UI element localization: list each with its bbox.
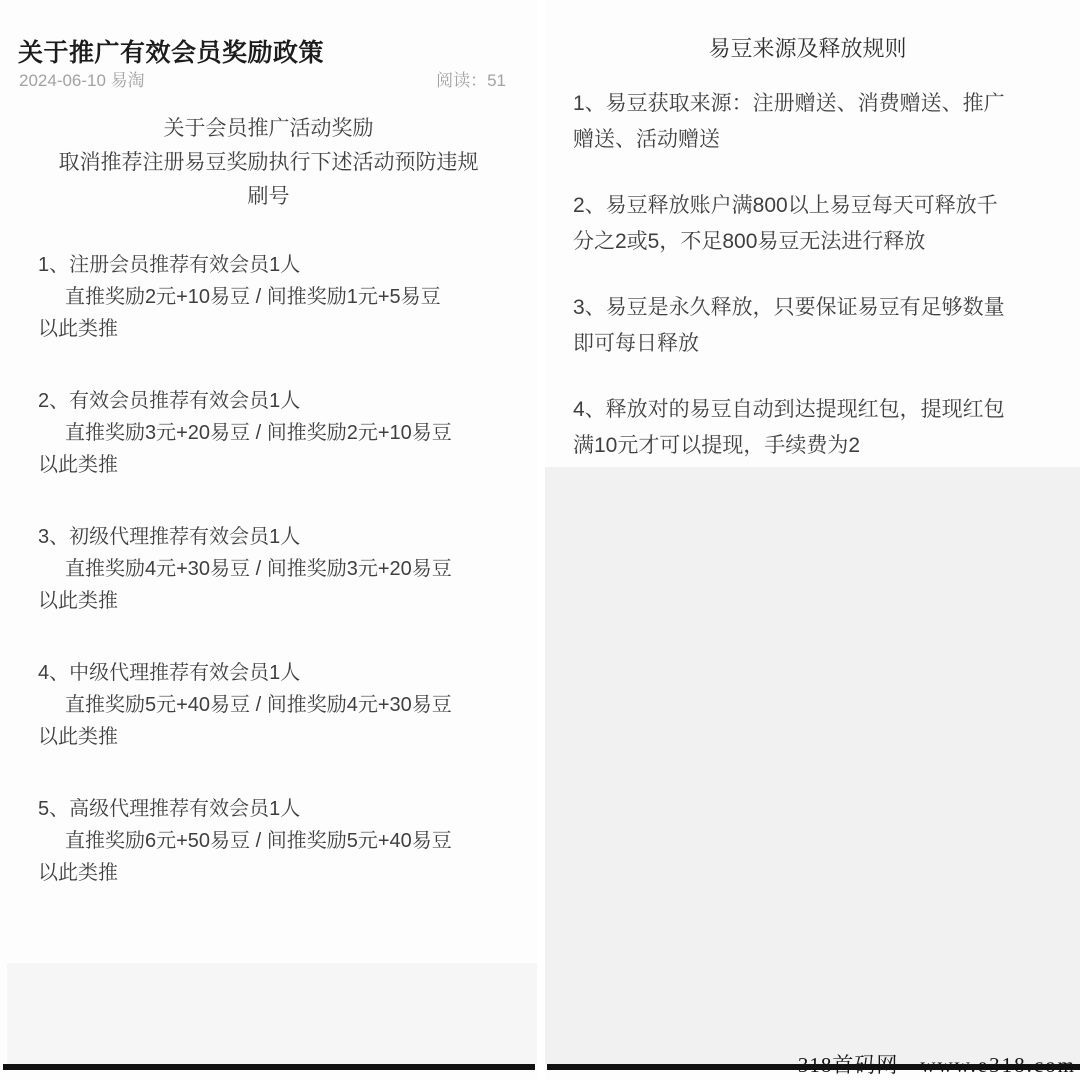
rule-line-1: 4、释放对的易豆自动到达提现红包，提现红包 [573,392,1050,428]
reward-item: 1、注册会员推荐有效会员1人 直推奖励2元+10易豆 / 间推奖励1元+5易豆 … [38,249,511,345]
rule-line-2: 满10元才可以提现，手续费为2 [573,428,1050,464]
reward-item-detail: 直推奖励4元+30易豆 / 间推奖励3元+20易豆 [38,553,511,585]
reward-item-detail: 直推奖励6元+50易豆 / 间推奖励5元+40易豆 [38,825,511,857]
rule-item: 4、释放对的易豆自动到达提现红包，提现红包 满10元才可以提现，手续费为2 [573,392,1050,464]
left-footer-placeholder-block [7,963,537,1064]
right-article-title: 易豆来源及释放规则 [545,32,1070,63]
intro-line: 刷号 [0,180,537,214]
reward-item-note: 以此类推 [38,449,511,481]
rule-line-2: 即可每日释放 [573,326,1050,362]
rule-item: 2、易豆释放账户满800以上易豆每天可释放千 分之2或5，不足800易豆无法进行… [573,188,1050,260]
reward-item-heading: 4、中级代理推荐有效会员1人 [38,657,511,689]
rule-item: 3、易豆是永久释放，只要保证易豆有足够数量 即可每日释放 [573,290,1050,362]
intro-line: 取消推荐注册易豆奖励执行下述活动预防违规 [0,146,537,180]
rules-list: 1、易豆获取来源：注册赠送、消费赠送、推广 赠送、活动赠送 2、易豆释放账户满8… [573,86,1050,494]
article-intro: 关于会员推广活动奖励 取消推荐注册易豆奖励执行下述活动预防违规 刷号 [0,112,537,214]
reward-item-note: 以此类推 [38,585,511,617]
intro-line: 关于会员推广活动奖励 [0,112,537,146]
reward-item: 2、有效会员推荐有效会员1人 直推奖励3元+20易豆 / 间推奖励2元+10易豆… [38,385,511,481]
rule-line-1: 2、易豆释放账户满800以上易豆每天可释放千 [573,188,1050,224]
reward-item-heading: 5、高级代理推荐有效会员1人 [38,793,511,825]
reward-item: 3、初级代理推荐有效会员1人 直推奖励4元+30易豆 / 间推奖励3元+20易豆… [38,521,511,617]
left-page-bottom-edge-rule [3,1064,535,1070]
rule-line-2: 赠送、活动赠送 [573,122,1050,158]
reward-item-detail: 直推奖励2元+10易豆 / 间推奖励1元+5易豆 [38,281,511,313]
reward-item-note: 以此类推 [38,857,511,889]
reward-item-heading: 1、注册会员推荐有效会员1人 [38,249,511,281]
reward-item-heading: 2、有效会员推荐有效会员1人 [38,385,511,417]
reward-item-note: 以此类推 [38,313,511,345]
screenshot-root: 关于推广有效会员奖励政策 2024-06-10 易淘 阅读：51 关于会员推广活… [0,0,1080,1080]
rule-line-1: 3、易豆是永久释放，只要保证易豆有足够数量 [573,290,1050,326]
article-meta-row: 2024-06-10 易淘 阅读：51 [19,66,506,91]
right-page-bottom-edge-rule [547,1064,1080,1070]
right-article-page: 易豆来源及释放规则 1、易豆获取来源：注册赠送、消费赠送、推广 赠送、活动赠送 … [545,0,1080,1080]
reward-item-heading: 3、初级代理推荐有效会员1人 [38,521,511,553]
reward-item-note: 以此类推 [38,721,511,753]
reward-items-list: 1、注册会员推荐有效会员1人 直推奖励2元+10易豆 / 间推奖励1元+5易豆 … [38,249,511,929]
reward-item-detail: 直推奖励3元+20易豆 / 间推奖励2元+10易豆 [38,417,511,449]
article-read-count: 阅读：51 [436,66,506,91]
rule-item: 1、易豆获取来源：注册赠送、消费赠送、推广 赠送、活动赠送 [573,86,1050,158]
rule-line-2: 分之2或5，不足800易豆无法进行释放 [573,224,1050,260]
article-date-author: 2024-06-10 易淘 [19,66,145,91]
left-article-page: 关于推广有效会员奖励政策 2024-06-10 易淘 阅读：51 关于会员推广活… [0,0,537,1080]
reward-item: 4、中级代理推荐有效会员1人 直推奖励5元+40易豆 / 间推奖励4元+30易豆… [38,657,511,753]
rule-line-1: 1、易豆获取来源：注册赠送、消费赠送、推广 [573,86,1050,122]
left-article-title: 关于推广有效会员奖励政策 [18,33,324,69]
right-gray-placeholder-block [545,467,1080,1064]
reward-item-detail: 直推奖励5元+40易豆 / 间推奖励4元+30易豆 [38,689,511,721]
reward-item: 5、高级代理推荐有效会员1人 直推奖励6元+50易豆 / 间推奖励5元+40易豆… [38,793,511,889]
